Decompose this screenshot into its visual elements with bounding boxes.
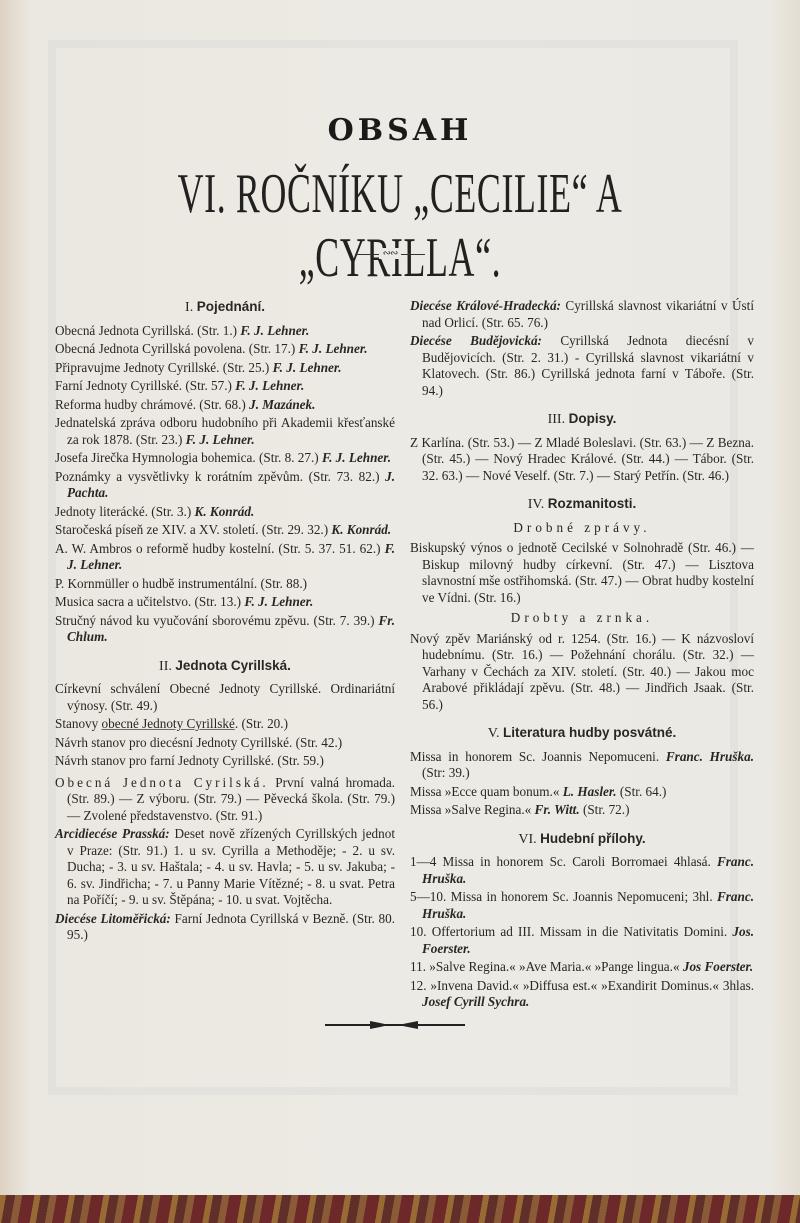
heading-obsah: OBSAH (0, 113, 800, 148)
list-item: Připravujme Jednoty Cyrillské. (Str. 25.… (55, 360, 395, 377)
section-heading-3: III. Dopisy. (410, 411, 754, 429)
list-item: Diecése Litoměřická: Farní Jednota Cyril… (55, 911, 395, 944)
list-item: Diecése Budějovická: Cyrillská Jednota d… (410, 333, 754, 399)
list-item: Poznámky a vysvětlivky k rorátním zpěvům… (55, 469, 395, 502)
list-item: Jednatelská zpráva odboru hudobního při … (55, 415, 395, 448)
list-item: 10. Offertorium ad III. Missam in die Na… (410, 924, 754, 957)
list-item: Církevní schválení Obecné Jednoty Cyrill… (55, 681, 395, 714)
list-item: 11. »Salve Regina.« »Ave Maria.« »Pange … (410, 959, 754, 976)
list-item: Obecná Jednota Cyrillská povolena. (Str.… (55, 341, 395, 358)
section-heading-6: VI. Hudební přílohy. (410, 831, 754, 849)
list-item: Missa »Salve Regina.« Fr. Witt. (Str. 72… (410, 802, 754, 819)
ornament-divider: ∾∾ (355, 252, 425, 256)
section-heading-2: II. Jednota Cyrillská. (55, 658, 395, 676)
list-item: P. Kornmüller o hudbě instrumentální. (S… (55, 576, 395, 593)
list-item: Diecése Králové-Hradecká: Cyrillská slav… (410, 298, 754, 331)
list-item: A. W. Ambros o reformě hudby kostelní. (… (55, 541, 395, 574)
subheading-drobty-a-zrnka: Drobty a zrnka. (410, 610, 754, 627)
marbled-edge (0, 1195, 800, 1223)
list-item: Obecná Jednota Cyrilská. První valná hro… (55, 775, 395, 825)
list-item: Biskupský výnos o jednotě Cecilské v Sol… (410, 540, 754, 606)
list-item: Z Karlína. (Str. 53.) — Z Mladé Boleslav… (410, 435, 754, 485)
list-item: Josefa Jirečka Hymnologia bohemica. (Str… (55, 450, 395, 467)
document-page: OBSAH VI. ROČNÍKU „CECILIE“ A „CYRILLA“.… (0, 0, 800, 1195)
page-title: VI. ROČNÍKU „CECILIE“ A „CYRILLA“. (144, 162, 656, 290)
list-item: 12. »Invena David.« »Diffusa est.« »Exan… (410, 978, 754, 1011)
list-item: Stanovy obecné Jednoty Cyrillské. (Str. … (55, 716, 395, 733)
footer-ornament (325, 1023, 465, 1027)
section-heading-4: IV. Rozmanitosti. (410, 496, 754, 514)
list-item: Jednoty literácké. (Str. 3.) K. Konrád. (55, 504, 395, 521)
subheading-drobne-zpravy: Drobné zprávy. (410, 520, 754, 537)
list-item: Missa »Ecce quam bonum.« L. Hasler. (Str… (410, 784, 754, 801)
list-item: Návrh stanov pro diecésní Jednoty Cyrill… (55, 735, 395, 752)
section-heading-1: I. Pojednání. (55, 299, 395, 317)
list-item: Arcidiecése Prasská: Deset nově zřízenýc… (55, 826, 395, 909)
list-item: Missa in honorem Sc. Joannis Nepomuceni.… (410, 749, 754, 782)
list-item: Staročeská píseň ze XIV. a XV. století. … (55, 522, 395, 539)
list-item: Musica sacra a učitelstvo. (Str. 13.) F.… (55, 594, 395, 611)
list-item: 5—10. Missa in honorem Sc. Joannis Nepom… (410, 889, 754, 922)
left-column: I. Pojednání. Obecná Jednota Cyrillská. … (55, 295, 395, 946)
list-item: Nový zpěv Mariánský od r. 1254. (Str. 16… (410, 631, 754, 714)
list-item: 1—4 Missa in honorem Sc. Caroli Borromae… (410, 854, 754, 887)
right-column: Diecése Králové-Hradecká: Cyrillská slav… (410, 298, 754, 1013)
list-item: Obecná Jednota Cyrillská. (Str. 1.) F. J… (55, 323, 395, 340)
list-item: Návrh stanov pro farní Jednoty Cyrillské… (55, 753, 395, 770)
list-item: Farní Jednoty Cyrillské. (Str. 57.) F. J… (55, 378, 395, 395)
section-heading-5: V. Literatura hudby posvátné. (410, 725, 754, 743)
list-item: Reforma hudby chrámové. (Str. 68.) J. Ma… (55, 397, 395, 414)
list-item: Stručný návod ku vyučování sborovému zpě… (55, 613, 395, 646)
